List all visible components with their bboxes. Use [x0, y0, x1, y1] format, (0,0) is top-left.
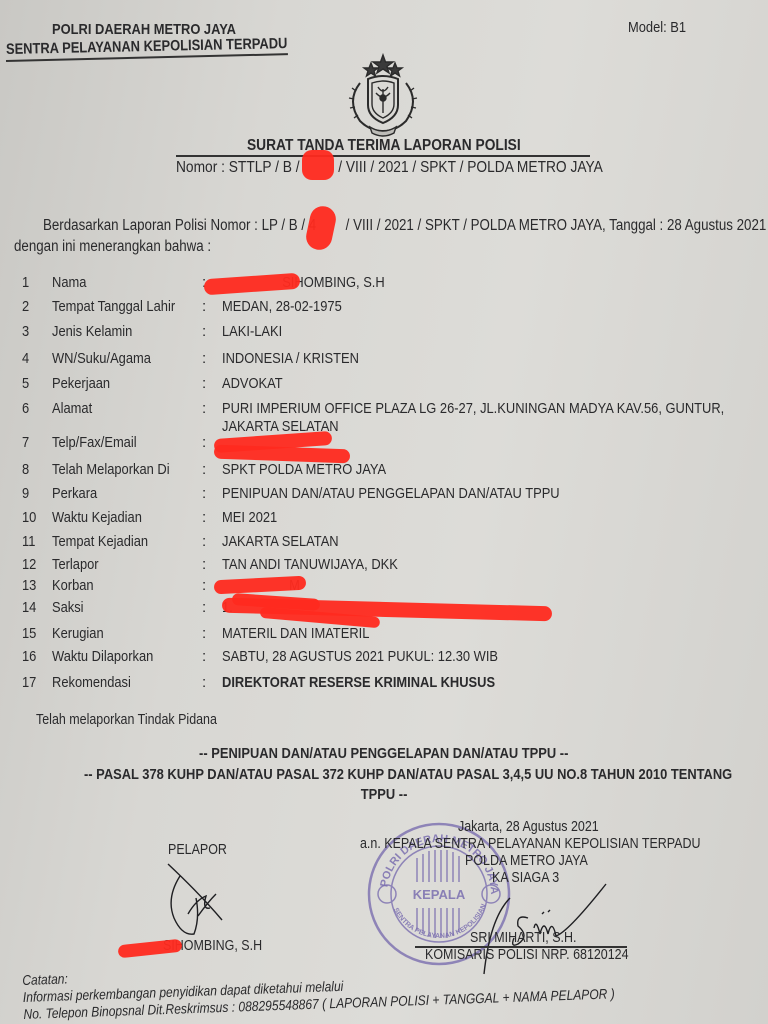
- document-page: POLRI DAERAH METRO JAYA SENTRA PELAYANAN…: [0, 0, 768, 1024]
- field-label: Tempat Tanggal Lahir: [52, 298, 195, 315]
- model-code: Model: B1: [628, 19, 696, 36]
- field-separator: :: [202, 323, 206, 340]
- field-number: 9: [22, 485, 50, 502]
- field-number: 1: [22, 274, 50, 291]
- pelapor-label: PELAPOR: [168, 842, 237, 858]
- field-separator: :: [202, 375, 206, 392]
- field-number: 11: [22, 533, 50, 550]
- field-label: Saksi: [52, 599, 89, 616]
- field-separator: :: [202, 298, 206, 315]
- field-value: INDONESIA / KRISTEN: [222, 350, 381, 367]
- field-label: Waktu Dilaporkan: [52, 648, 170, 665]
- intro-line-1: Berdasarkan Laporan Polisi Nomor : LP / …: [43, 217, 768, 235]
- field-value: SPKT POLDA METRO JAYA: [222, 461, 413, 478]
- notes-section: Catatan: Informasi perkembangan penyidik…: [22, 948, 711, 1023]
- field-label: Nama: [52, 274, 92, 291]
- redaction-mark: [304, 204, 339, 252]
- field-separator: :: [202, 509, 206, 526]
- field-separator: :: [202, 485, 206, 502]
- document-title: SURAT TANDA TERIMA LAPORAN POLISI: [247, 137, 565, 155]
- field-number: 7: [22, 434, 50, 451]
- polri-emblem-icon: [338, 53, 428, 139]
- signing-on-behalf: a.n. KEPALA SENTRA PELAYANAN KEPOLISIAN …: [360, 836, 756, 852]
- field-label: Tempat Kejadian: [52, 533, 164, 550]
- field-number: 5: [22, 375, 50, 392]
- field-separator: :: [202, 400, 206, 417]
- redaction-mark: [204, 273, 301, 296]
- field-separator: :: [202, 648, 206, 665]
- field-number: 13: [22, 577, 50, 594]
- field-label: Kerugian: [52, 625, 112, 642]
- charge-line-3: TPPU --: [0, 786, 768, 803]
- pelapor-signature-icon: [160, 858, 230, 940]
- field-label: Perkara: [52, 485, 105, 502]
- field-value: MATERIL DAN IMATERIL: [222, 625, 393, 642]
- field-separator: :: [202, 556, 206, 573]
- charge-line-1: -- PENIPUAN DAN/ATAU PENGGELAPAN DAN/ATA…: [0, 745, 768, 762]
- field-value-continued: JAKARTA SELATAN: [222, 418, 358, 435]
- field-number: 10: [22, 509, 50, 526]
- field-value: ADVOKAT: [222, 375, 293, 392]
- field-value: TAN ANDI TANUWIJAYA, DKK: [222, 556, 426, 573]
- field-separator: :: [202, 625, 206, 642]
- field-number: 4: [22, 350, 50, 367]
- officer-name: SRI MIHARTI, S.H.: [470, 930, 594, 946]
- field-number: 8: [22, 461, 50, 478]
- signing-polda: POLDA METRO JAYA: [465, 853, 608, 869]
- field-value: JAKARTA SELATAN: [222, 533, 358, 550]
- field-label: Alamat: [52, 400, 99, 417]
- field-number: 14: [22, 599, 50, 616]
- field-number: 2: [22, 298, 50, 315]
- field-number: 3: [22, 323, 50, 340]
- field-separator: :: [202, 533, 206, 550]
- charge-line-2: -- PASAL 378 KUHP DAN/ATAU PASAL 372 KUH…: [84, 766, 768, 783]
- field-separator: :: [202, 434, 206, 451]
- field-label: WN/Suku/Agama: [52, 350, 167, 367]
- field-label: Waktu Kejadian: [52, 509, 157, 526]
- field-separator: :: [202, 577, 206, 594]
- field-separator: :: [202, 599, 206, 616]
- field-value: DIREKTORAT RESERSE KRIMINAL KHUSUS: [222, 674, 540, 691]
- signing-date: Jakarta, 28 Agustus 2021: [458, 819, 622, 835]
- field-label: Jenis Kelamin: [52, 323, 145, 340]
- tindak-pidana-label: Telah melaporkan Tindak Pidana: [36, 712, 246, 728]
- field-separator: :: [202, 350, 206, 367]
- title-underline: [176, 155, 590, 157]
- redaction-mark: [302, 150, 334, 180]
- field-value: SABTU, 28 AGUSTUS 2021 PUKUL: 12.30 WIB: [222, 648, 543, 665]
- field-value: MEI 2021: [222, 509, 286, 526]
- field-label: Pekerjaan: [52, 375, 120, 392]
- field-value: PURI IMPERIUM OFFICE PLAZA LG 26-27, JL.…: [222, 400, 768, 417]
- field-number: 17: [22, 674, 50, 691]
- svg-text:KEPALA: KEPALA: [413, 887, 466, 902]
- field-number: 16: [22, 648, 50, 665]
- field-number: 6: [22, 400, 50, 417]
- field-value: LAKI-LAKI: [222, 323, 292, 340]
- field-label: Telp/Fax/Email: [52, 434, 150, 451]
- field-label: Terlapor: [52, 556, 106, 573]
- field-label: Korban: [52, 577, 100, 594]
- field-number: 12: [22, 556, 50, 573]
- field-label: Telah Melaporkan Di: [52, 461, 189, 478]
- field-separator: :: [202, 461, 206, 478]
- field-number: 15: [22, 625, 50, 642]
- field-value: PENIPUAN DAN/ATAU PENGGELAPAN DAN/ATAU T…: [222, 485, 615, 502]
- field-value: MEDAN, 28-02-1975: [222, 298, 361, 315]
- intro-line-2: dengan ini menerangkan bahwa :: [14, 238, 243, 256]
- field-label: Rekomendasi: [52, 674, 144, 691]
- document-number: Nomor : STTLP / B / / VIII / 2021 / SPKT…: [176, 159, 672, 177]
- field-separator: :: [202, 674, 206, 691]
